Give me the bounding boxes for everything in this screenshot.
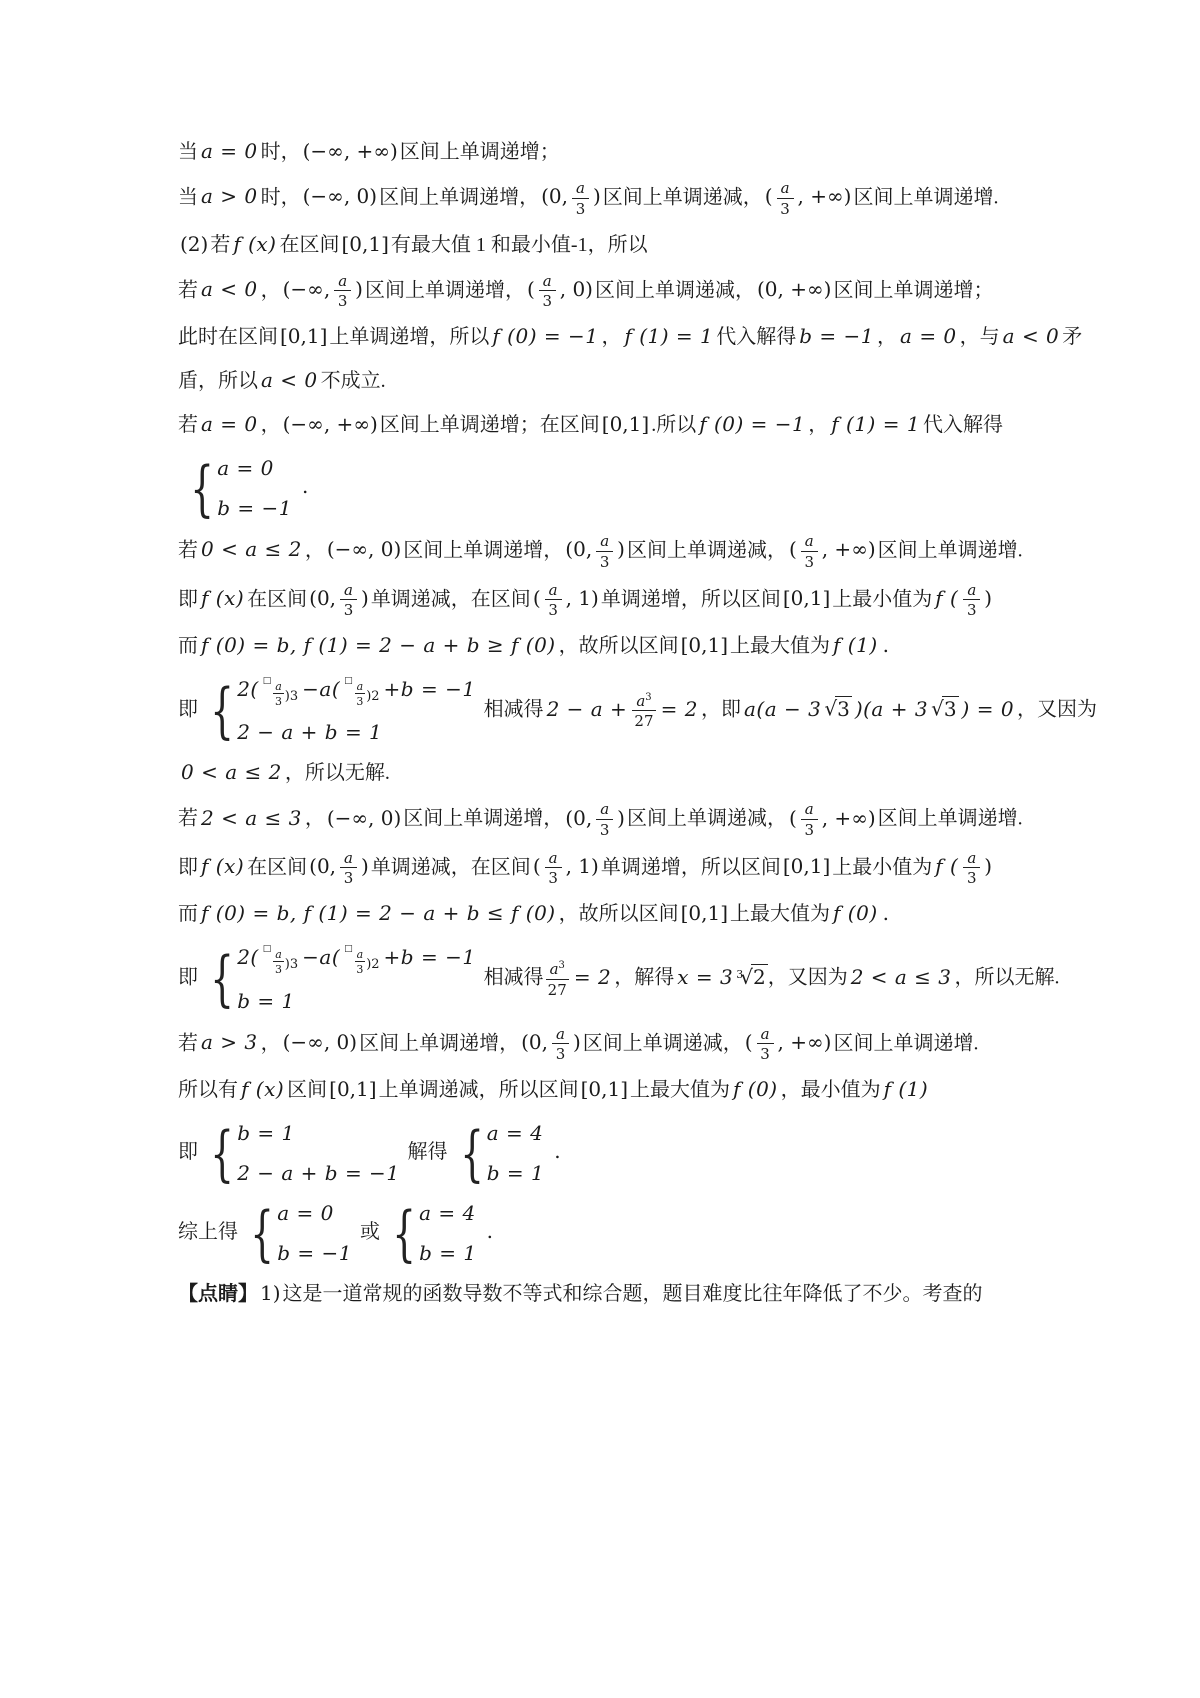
fraction: a3 [355, 949, 366, 976]
superscript-tail: )3 [285, 687, 298, 707]
math-upright-run: , +∞) [822, 537, 876, 561]
math-run: 2 − a + b = 1 [237, 720, 382, 744]
math-run: f (1) = 1 [624, 324, 713, 348]
math-upright-run: . [554, 1139, 560, 1163]
math-run: a < 0 [261, 368, 318, 392]
text-run: 相减得 [484, 699, 544, 721]
math-run: b = −1 [799, 324, 874, 348]
math-run: f (x) [201, 854, 244, 878]
text-run: 在区间 [280, 234, 340, 256]
fraction-numerator: a [545, 850, 562, 869]
text-run: ，即 [701, 699, 741, 721]
missing-glyph-box: □ [344, 677, 353, 686]
math-upright-run: (0, [541, 184, 568, 208]
fraction-numerator: a [552, 1026, 569, 1045]
fraction-denominator: 3 [275, 962, 282, 976]
fraction-numerator: a [273, 681, 284, 694]
fraction-denominator: 3 [356, 962, 363, 976]
radical: √3 [824, 696, 851, 721]
radical-sign-icon: √ [931, 697, 942, 721]
line-min-at-a3-case2: 即f (x)在区间(0,a3)单调递减，在区间(a3, 1)单调递增，所以区间[… [178, 582, 1050, 620]
fraction: a3 [545, 582, 562, 620]
math-run: x = 3 [677, 965, 733, 989]
math-run: f (1) [884, 1077, 929, 1101]
radical: 3√2 [736, 965, 767, 989]
math-run: f (x) [233, 232, 276, 256]
fraction-denominator: 3 [356, 694, 363, 708]
fraction-numerator: a [572, 180, 589, 199]
math-run: a = 4 [487, 1121, 544, 1145]
text-run: 即 [178, 967, 198, 989]
text-run: 单调递减，在区间 [371, 588, 531, 610]
line-min-at-a3-case3: 即f (x)在区间(0,a3)单调递减，在区间(a3, 1)单调递增，所以区间[… [178, 850, 1050, 888]
text-run: 区间上单调递增， [403, 539, 563, 561]
math-upright-run: [0,1] [602, 412, 649, 436]
math-run: ) = 0 [962, 697, 1015, 721]
system-equation: b = 1 [234, 1118, 402, 1149]
fraction: a3 [801, 533, 818, 571]
math-run: b = 1 [237, 989, 295, 1013]
line-a-gt-3-deduction: 所以有f (x)区间[0,1]上单调递减，所以区间[0,1]上最大值为f (0)… [178, 1074, 1050, 1105]
text-run: 即 [178, 699, 198, 721]
math-upright-run: ( [533, 854, 541, 878]
math-upright-run: ) [361, 586, 369, 610]
fraction: a3 [777, 180, 794, 218]
math-run: b = 1 [487, 1161, 545, 1185]
math-upright-run: [0,1] [280, 324, 327, 348]
fraction-denominator: 3 [548, 600, 558, 619]
text-run: ， [601, 326, 621, 348]
text-run: 区间上单调递减， [583, 1032, 743, 1054]
text-run: 上最大值为 [630, 1079, 730, 1101]
text-run: 不成立. [321, 370, 386, 392]
math-run: a = 0 [201, 139, 258, 163]
math-upright-run: , 1) [566, 854, 599, 878]
math-upright-run: ) [361, 854, 369, 878]
math-run: f ( [935, 854, 958, 878]
math-run: b = −1 [277, 1241, 352, 1265]
math-upright-run: . [302, 474, 308, 498]
equation-system: {a = 4b = 1 [385, 1198, 480, 1269]
text-run: 区间上单调递增. [878, 808, 1023, 830]
text-run: 区间上单调递减， [595, 279, 755, 301]
text-run: ，故所以区间 [559, 635, 679, 657]
text-run: 即 [178, 856, 198, 878]
doc-content: 当a = 0时，(−∞, +∞)区间上单调递增；当a > 0时，(−∞, 0)区… [178, 136, 1050, 1309]
text-run: 上单调递减，所以区间 [379, 1079, 579, 1101]
fraction-numerator: a [596, 801, 613, 820]
system-equation: b = −1 [214, 493, 295, 524]
line-monotone-a-gt-0: 当a > 0时，(−∞, 0)区间上单调递增，(0,a3)区间上单调递减，(a3… [178, 180, 1050, 218]
math-upright-run: ( [745, 1030, 753, 1054]
fraction: a327 [632, 692, 655, 731]
left-brace-icon: { [392, 1207, 416, 1261]
math-run: f ( [935, 586, 958, 610]
math-upright-run: (−∞, 0) [283, 1030, 357, 1054]
line-case-a-gt-3: 若a > 3，(−∞, 0)区间上单调递增，(0,a3)区间上单调递减，(a3,… [178, 1026, 1050, 1064]
math-run: a > 3 [201, 1030, 258, 1054]
math-upright-run: (−∞, +∞) [283, 412, 378, 436]
line-max-at-f0: 而f (0) = b, f (1) = 2 − a + b ≤ f (0)，故所… [178, 898, 1050, 929]
fraction-denominator: 3 [804, 552, 814, 571]
math-run: 2 < a ≤ 3 [201, 806, 302, 830]
math-run: +b = −1 [384, 677, 476, 701]
system-equation: 2(□a3)3−a(□a3)2+b = −1 [234, 942, 478, 976]
math-run: a = 0 [201, 412, 258, 436]
text-run: 区间上单调递增； [400, 141, 560, 163]
missing-glyph-box: □ [344, 945, 353, 954]
text-run: 上最大值为 [730, 635, 830, 657]
line-system-a0-bneg1: {a = 0b = −1. [178, 453, 1050, 524]
fraction-denominator: 3 [600, 552, 610, 571]
superscript-tail: )2 [366, 687, 379, 707]
text-run: ， [261, 279, 281, 301]
math-run: f (0) [833, 901, 878, 925]
left-brace-icon: { [190, 462, 214, 516]
text-run: 盾，所以 [178, 370, 258, 392]
superscript-fragment: □a3)3 [263, 681, 298, 708]
document-page: 当a = 0时，(−∞, +∞)区间上单调递增；当a > 0时，(−∞, 0)区… [0, 0, 1200, 1309]
text-run: 矛 [1062, 326, 1082, 348]
equation-system: {b = 12 − a + b = −1 [203, 1118, 403, 1189]
fraction-denominator: 3 [780, 199, 790, 218]
math-run: f (0) = b, f (1) = 2 − a + b ≤ f (0) [201, 901, 556, 925]
radicand: 3 [835, 696, 852, 721]
math-upright-run: (0, +∞) [757, 277, 831, 301]
math-upright-run: ) [593, 184, 601, 208]
fraction: a3 [596, 533, 613, 571]
text-run: 区间上单调递增， [365, 279, 525, 301]
text-run: 区间 [287, 1079, 327, 1101]
fraction-numerator: a [340, 850, 357, 869]
text-run: 代入解得 [716, 326, 796, 348]
text-run: 单调递增，所以区间 [601, 856, 781, 878]
fraction: a3 [801, 801, 818, 839]
text-run: 区间上单调递减， [627, 808, 787, 830]
text-run: 有最大值 1 和最小值-1，所以 [391, 234, 648, 256]
text-run: 时， [261, 141, 301, 163]
math-run: 2( [237, 945, 259, 969]
text-run: 单调递减，在区间 [371, 856, 531, 878]
math-run: a = 0 [900, 324, 957, 348]
math-run: f (0) = −1 [492, 324, 598, 348]
fraction-numerator: a [545, 582, 562, 601]
text-run: 上最小值为 [832, 856, 932, 878]
fraction-denominator: 3 [760, 1044, 770, 1063]
system-lines: a = 0b = −1 [274, 1198, 355, 1269]
math-run: +b = −1 [384, 945, 476, 969]
math-upright-run: (0, [309, 854, 336, 878]
math-upright-run: [0,1] [581, 1077, 628, 1101]
math-upright-run: (−∞, 0) [327, 806, 401, 830]
fraction-denominator: 3 [542, 291, 552, 310]
math-upright-run: (−∞, +∞) [303, 139, 398, 163]
text-run: 若 [178, 539, 198, 561]
math-upright-run: ) [984, 854, 992, 878]
fraction-numerator: a [757, 1026, 774, 1045]
text-run: 在区间 [247, 588, 307, 610]
math-upright-run: 1) [260, 1281, 281, 1305]
system-equation: 2(□a3)3−a(□a3)2+b = −1 [234, 674, 478, 708]
math-run: = 2 [574, 965, 611, 989]
math-upright-run: [0,1] [681, 901, 728, 925]
missing-glyph-box: □ [263, 677, 272, 686]
system-lines: a = 4b = 1 [484, 1118, 548, 1189]
equation-system: {2(□a3)3−a(□a3)2+b = −1b = 1 [203, 942, 479, 1016]
system-equation: a = 4 [484, 1118, 548, 1149]
math-run: = 2 [661, 697, 698, 721]
text-run: ，所以无解. [285, 762, 390, 784]
text-run: ， [261, 414, 281, 436]
system-lines: 2(□a3)3−a(□a3)2+b = −1b = 1 [234, 942, 478, 1016]
system-lines: b = 12 − a + b = −1 [234, 1118, 402, 1189]
left-brace-icon: { [210, 1127, 234, 1181]
fraction: a3 [757, 1026, 774, 1064]
fraction-denominator: 27 [634, 711, 653, 730]
superscript-fragment: □a3)3 [263, 949, 298, 976]
math-run: a < 0 [1003, 324, 1060, 348]
fraction: a3 [539, 273, 556, 311]
fraction-denominator: 3 [576, 199, 586, 218]
fraction-denominator: 3 [804, 820, 814, 839]
text-run: ，又因为 [768, 967, 848, 989]
fraction-denominator: 3 [344, 868, 354, 887]
line-case-a-lt-0: 若a < 0，(−∞,a3)区间上单调递增，(a3, 0)区间上单调递减，(0,… [178, 273, 1050, 311]
math-upright-run: (2) [180, 232, 208, 256]
math-upright-run: (0, [521, 1030, 548, 1054]
text-run: 区间上单调递增， [359, 1032, 519, 1054]
superscript-fragment: □a3)2 [344, 949, 379, 976]
line-system-case2: 即{2(□a3)3−a(□a3)2+b = −12 − a + b = 1相减得… [178, 674, 1050, 748]
line-max-at-f1: 而f (0) = b, f (1) = 2 − a + b ≥ f (0)，故所… [178, 630, 1050, 661]
math-upright-run: (−∞, 0) [303, 184, 377, 208]
text-run: 或 [360, 1221, 380, 1243]
left-brace-icon: { [460, 1127, 484, 1181]
math-upright-run: (−∞, 0) [327, 537, 401, 561]
math-run: b = −1 [217, 496, 292, 520]
system-lines: 2(□a3)3−a(□a3)2+b = −12 − a + b = 1 [234, 674, 478, 748]
math-upright-run: [0,1] [783, 854, 830, 878]
line-monotone-a-eq-0: 当a = 0时，(−∞, +∞)区间上单调递增； [178, 136, 1050, 167]
math-run: 0 < a ≤ 2 [181, 760, 282, 784]
exponent: 3 [645, 692, 651, 703]
line-system-case4: 即{b = 12 − a + b = −1解得{a = 4b = 1. [178, 1118, 1050, 1189]
math-run: f (0) [733, 1077, 778, 1101]
text-run: ，故所以区间 [559, 903, 679, 925]
fraction: a3 [334, 273, 351, 311]
system-equation: a = 4 [416, 1198, 480, 1229]
math-run: f (0) = b, f (1) = 2 − a + b ≥ f (0) [201, 633, 556, 657]
math-run: 2( [237, 677, 259, 701]
text-run: 区间上单调递增；在区间 [380, 414, 600, 436]
text-run: 区间上单调递增. [878, 539, 1023, 561]
math-upright-run: , 0) [560, 277, 593, 301]
text-run: ， [877, 326, 897, 348]
text-run: 若 [178, 808, 198, 830]
math-run: 2 − a + b = −1 [237, 1161, 399, 1185]
fraction-numerator: a [273, 949, 284, 962]
math-upright-run: , +∞) [822, 806, 876, 830]
line-a-lt-0-deduction: 此时在区间[0,1]上单调递增，所以f (0) = −1，f (1) = 1代入… [178, 321, 1050, 352]
radical-sign-icon: √ [740, 965, 751, 989]
math-upright-run: (0, [565, 537, 592, 561]
text-run: ，最小值为 [781, 1079, 881, 1101]
math-upright-run: (−∞, [283, 277, 331, 301]
text-run: ，与 [960, 326, 1000, 348]
math-run: f (0) = −1 [699, 412, 805, 436]
fraction: a327 [546, 960, 569, 999]
radicand: 2 [751, 964, 768, 989]
line-case-2-lt-a-le-3: 若2 < a ≤ 3，(−∞, 0)区间上单调递增，(0,a3)区间上单调递减，… [178, 801, 1050, 839]
fraction-numerator: a [801, 801, 818, 820]
text-run: 上单调递增，所以 [329, 326, 489, 348]
math-upright-run: ) [573, 1030, 581, 1054]
text-run: ，解得 [614, 967, 674, 989]
radical-sign-icon: √ [824, 697, 835, 721]
fraction-numerator: a [334, 273, 351, 292]
system-equation: 2 − a + b = 1 [234, 717, 478, 748]
missing-glyph-box: □ [263, 945, 272, 954]
math-upright-run: , +∞) [778, 1030, 832, 1054]
left-brace-icon: { [210, 684, 234, 738]
fraction-denominator: 3 [275, 694, 282, 708]
math-run: a = 0 [277, 1201, 334, 1225]
text-run: 区间上单调递减， [627, 539, 787, 561]
fraction: a3 [963, 850, 980, 888]
fraction-numerator: a [355, 681, 366, 694]
text-run: ， [305, 808, 325, 830]
math-run: −a( [302, 945, 340, 969]
math-run: b = 1 [237, 1121, 295, 1145]
text-run: 所以有 [178, 1079, 238, 1101]
math-upright-run: . [487, 1219, 493, 1243]
text-run: ， [808, 414, 828, 436]
text-run: 单调递增，所以区间 [601, 588, 781, 610]
text-run: 此时在区间 [178, 326, 278, 348]
text-run: ， [305, 539, 325, 561]
exponent: 3 [559, 960, 565, 971]
text-run: 时， [261, 186, 301, 208]
math-run: a = 0 [217, 456, 274, 480]
fraction-denominator: 27 [548, 980, 567, 999]
fraction: a3 [545, 850, 562, 888]
fraction-denominator: 3 [344, 600, 354, 619]
equation-system: {a = 0b = −1 [243, 1198, 355, 1269]
radical: √3 [931, 696, 958, 721]
system-equation: b = 1 [234, 986, 478, 1017]
math-run: a < 0 [201, 277, 258, 301]
system-equation: b = 1 [484, 1158, 548, 1189]
fraction-numerator: a [777, 180, 794, 199]
text-run: 区间上单调递增. [853, 186, 998, 208]
math-upright-run: ) [984, 586, 992, 610]
line-system-case3: 即{2(□a3)3−a(□a3)2+b = −1b = 1相减得a327= 2，… [178, 942, 1050, 1016]
math-upright-run: . [883, 901, 889, 925]
superscript-tail: )3 [285, 955, 298, 975]
fraction-numerator: a3 [632, 692, 655, 712]
fraction-numerator: a [340, 582, 357, 601]
math-run: −a( [302, 677, 340, 701]
math-upright-run: . [883, 633, 889, 657]
math-run: f (x) [201, 586, 244, 610]
text-run: 当 [178, 141, 198, 163]
math-run: a = 4 [419, 1201, 476, 1225]
radicand: 3 [942, 696, 959, 721]
system-lines: a = 0b = −1 [214, 453, 295, 524]
math-upright-run: [0,1] [783, 586, 830, 610]
fraction: a3 [355, 681, 366, 708]
math-upright-run: ( [789, 537, 797, 561]
math-upright-run: [0,1] [329, 1077, 376, 1101]
fraction-numerator: a [539, 273, 556, 292]
equation-system: {a = 0b = −1 [183, 453, 295, 524]
line-case2-no-solution: 0 < a ≤ 2，所以无解. [178, 757, 1050, 788]
superscript-fragment: □a3)2 [344, 681, 379, 708]
math-run: )(a + 3 [855, 697, 928, 721]
fraction: a3 [340, 582, 357, 620]
line-case-0-lt-a-le-2: 若0 < a ≤ 2，(−∞, 0)区间上单调递增，(0,a3)区间上单调递减，… [178, 533, 1050, 571]
text-run: 区间上单调递增； [833, 279, 993, 301]
math-upright-run: ( [533, 586, 541, 610]
math-run: 0 < a ≤ 2 [201, 537, 302, 561]
math-upright-run: [0,1] [342, 232, 389, 256]
text-run: ，又因为 [1017, 699, 1097, 721]
text-run: 这是一道常规的函数导数不等式和综合题，题目难度比往年降低了不少。考查的 [283, 1283, 983, 1305]
math-upright-run: ) [617, 537, 625, 561]
fraction-numerator: a [963, 850, 980, 869]
system-equation: 2 − a + b = −1 [234, 1158, 402, 1189]
math-run: f (1) [833, 633, 878, 657]
math-run: b = 1 [419, 1241, 477, 1265]
bold-text-run: 【点睛】 [178, 1283, 258, 1305]
fraction-numerator: a3 [546, 960, 569, 980]
text-run: 解得 [408, 1141, 448, 1163]
math-upright-run: ( [789, 806, 797, 830]
fraction-denominator: 3 [548, 868, 558, 887]
system-equation: b = −1 [274, 1238, 355, 1269]
line-conclusion: 综上得{a = 0b = −1或{a = 4b = 1. [178, 1198, 1050, 1269]
system-equation: a = 0 [214, 453, 295, 484]
text-run: 区间上单调递增， [379, 186, 539, 208]
line-case-a-eq-0: 若a = 0，(−∞, +∞)区间上单调递增；在区间[0,1].所以f (0) … [178, 409, 1050, 440]
fraction: a3 [963, 582, 980, 620]
fraction-numerator: a [355, 949, 366, 962]
superscript-tail: )2 [366, 955, 379, 975]
system-lines: a = 4b = 1 [416, 1198, 480, 1269]
math-run: a(a − 3 [744, 697, 821, 721]
fraction: a3 [596, 801, 613, 839]
text-run: 在区间 [247, 856, 307, 878]
math-upright-run: ) [617, 806, 625, 830]
text-run: 区间上单调递减， [603, 186, 763, 208]
fraction: a3 [572, 180, 589, 218]
fraction: a3 [340, 850, 357, 888]
text-run: 区间上单调递增. [833, 1032, 978, 1054]
text-run: 综上得 [178, 1221, 238, 1243]
line-a-lt-0-contradiction: 盾，所以a < 0不成立. [178, 365, 1050, 396]
text-run: 上最大值为 [730, 903, 830, 925]
text-run: 区间上单调递增， [403, 808, 563, 830]
text-run: 若 [178, 1032, 198, 1054]
math-upright-run: (0, [309, 586, 336, 610]
math-upright-run: [0,1] [681, 633, 728, 657]
equation-system: {2(□a3)3−a(□a3)2+b = −12 − a + b = 1 [203, 674, 479, 748]
left-brace-icon: { [210, 952, 234, 1006]
text-run: 即 [178, 588, 198, 610]
math-run: f (x) [241, 1077, 284, 1101]
equation-system: {a = 4b = 1 [453, 1118, 548, 1189]
system-equation: b = 1 [416, 1238, 480, 1269]
